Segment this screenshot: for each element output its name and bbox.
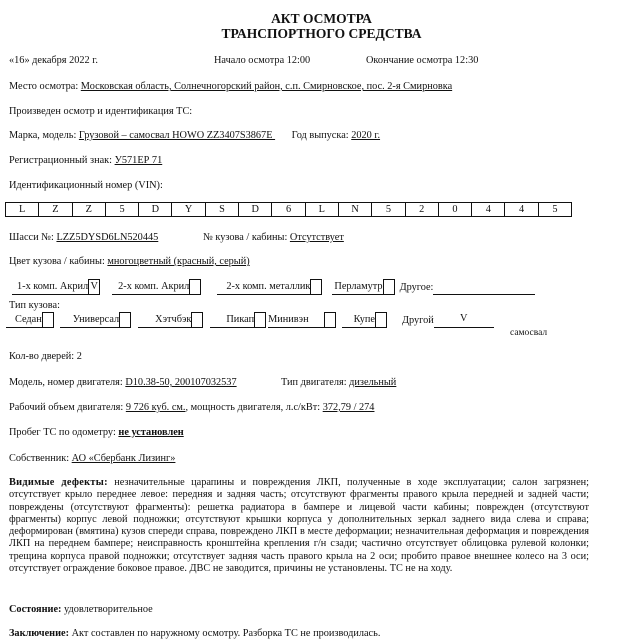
plate-value: У571ЕР 71 [115, 155, 163, 166]
paint-options-row: 1-х комп. АкрилV 2-х комп. Акрил 2-х ком… [12, 279, 535, 295]
engine-model: Модель, номер двигателя: D10.38-50, 2001… [9, 377, 237, 388]
vin-char-cell: 0 [438, 203, 471, 217]
defects-label: Видимые дефекты: [9, 477, 108, 488]
vin-char-cell: 2 [405, 203, 438, 217]
door-count: Кол-во дверей: 2 [9, 351, 82, 362]
defects-text: незначительные царапины и повреждения ЛК… [9, 477, 589, 574]
make-value: Грузовой – самосвал HOWO ZZ3407S3867E [79, 130, 275, 141]
vin-char-cell: 4 [472, 203, 505, 217]
power-value: 372,79 / 274 [323, 402, 375, 413]
body-other-field[interactable]: V [434, 312, 494, 328]
condition-label: Состояние: [9, 604, 61, 615]
paint-checkbox-2k-acrylic[interactable] [189, 279, 201, 294]
paint-option-pearl[interactable]: Перламутр [332, 279, 394, 295]
inspection-end: Окончание осмотра 12:30 [366, 55, 478, 66]
body-checkbox-pickup[interactable] [254, 312, 266, 327]
body-option-hatchback[interactable]: Хэтчбэк [138, 312, 203, 328]
visible-defects: Видимые дефекты: незначительные царапины… [9, 477, 589, 575]
engine-type-value: дизельный [349, 377, 396, 388]
vin-char-cell: D [239, 203, 272, 217]
mileage-value: не установлен [118, 427, 183, 438]
vin-char-cell: Z [39, 203, 72, 217]
engine-type: Тип двигателя: дизельный [281, 377, 396, 388]
body-number: № кузова / кабины: Отсутствует [203, 232, 344, 243]
owner-value: АО «Сбербанк Лизинг» [72, 453, 176, 464]
color-label: Цвет кузова / кабины: [9, 256, 107, 267]
vin-char-cell: L [305, 203, 338, 217]
vin-char-cell: 6 [272, 203, 305, 217]
body-type-label: Тип кузова: [9, 300, 60, 311]
document-title-line1: АКТ ОСМОТРА [0, 11, 643, 26]
mileage: Пробег ТС по одометру: не установлен [9, 427, 184, 438]
make-model: Марка, модель: Грузовой – самосвал HOWO … [9, 130, 380, 141]
year-value: 2020 г. [351, 130, 380, 141]
conclusion-label: Заключение: [9, 628, 69, 639]
body-other-value: самосвал [510, 328, 547, 338]
body-checkbox-wagon[interactable] [119, 312, 131, 327]
plate-label: Регистрационный знак: [9, 155, 115, 166]
conclusion-value: Акт составлен по наружному осмотру. Разб… [69, 628, 380, 639]
paint-option-1k-acrylic[interactable]: 1-х комп. АкрилV [12, 279, 100, 295]
body-number-label: № кузова / кабины: [203, 232, 290, 243]
body-checkbox-sedan[interactable] [42, 312, 54, 327]
body-option-minivan[interactable]: Минивэн [268, 312, 335, 328]
mileage-label: Пробег ТС по одометру: [9, 427, 118, 438]
vin-char-cell: 4 [505, 203, 538, 217]
vin-char-cell: 5 [538, 203, 571, 217]
identification-heading: Произведен осмотр и идентификация ТС: [9, 106, 192, 117]
body-number-value: Отсутствует [290, 232, 344, 243]
body-checkbox-coupe[interactable] [375, 312, 387, 327]
condition-value: удовлетворительное [61, 604, 152, 615]
body-other-label: Другой [402, 315, 434, 328]
conclusion: Заключение: Акт составлен по наружному о… [9, 628, 380, 639]
inspection-place: Место осмотра: Московская область, Солне… [9, 81, 452, 92]
body-option-coupe[interactable]: Купе [342, 312, 387, 328]
chassis-label: Шасси №: [9, 232, 56, 243]
color-value: многоцветный (красный, серый) [107, 256, 249, 267]
vin-table: LZZ5DYSD6LN520445 [5, 202, 572, 217]
inspection-start: Начало осмотра 12:00 [214, 55, 310, 66]
body-type-row: Седан Универсал Хэтчбэк Пикап Минивэн Ку… [6, 312, 494, 328]
engine-volume: Рабочий объем двигателя: 9 726 куб. см.,… [9, 402, 374, 413]
vin-char-cell: Y [172, 203, 205, 217]
inspection-date: «16» декабря 2022 г. [9, 55, 98, 66]
paint-option-2k-metallic[interactable]: 2-х комп. металлик [217, 279, 322, 295]
paint-other-field[interactable] [433, 279, 535, 295]
make-label: Марка, модель: [9, 130, 79, 141]
condition: Состояние: удовлетворительное [9, 604, 153, 615]
body-checkbox-hatchback[interactable] [191, 312, 203, 327]
vin-char-cell: 5 [105, 203, 138, 217]
place-value: Московская область, Солнечногорский райо… [81, 81, 452, 92]
power-label: , мощность двигателя, л.с/кВт: [186, 402, 323, 413]
paint-checkbox-pearl[interactable] [383, 279, 395, 294]
vin-char-cell: Z [72, 203, 105, 217]
volume-value: 9 726 куб. см. [126, 402, 186, 413]
body-color: Цвет кузова / кабины: многоцветный (крас… [9, 256, 250, 267]
vin-char-cell: L [6, 203, 39, 217]
engine-value: D10.38-50, 200107032537 [125, 377, 236, 388]
paint-other-label: Другое: [400, 282, 434, 295]
engine-type-label: Тип двигателя: [281, 377, 349, 388]
paint-option-2k-acrylic[interactable]: 2-х комп. Акрил [112, 279, 201, 295]
vin-char-cell: 5 [372, 203, 405, 217]
owner: Собственник: АО «Сбербанк Лизинг» [9, 453, 175, 464]
vin-char-cell: S [205, 203, 238, 217]
vin-char-cell: D [139, 203, 172, 217]
owner-label: Собственник: [9, 453, 72, 464]
registration-plate: Регистрационный знак: У571ЕР 71 [9, 155, 162, 166]
paint-checkbox-2k-metallic[interactable] [310, 279, 322, 294]
engine-label: Модель, номер двигателя: [9, 377, 125, 388]
chassis-number: Шасси №: LZZ5DYSD6LN520445 [9, 232, 158, 243]
vin-char-cell: N [338, 203, 371, 217]
body-option-pickup[interactable]: Пикап [210, 312, 266, 328]
chassis-value: LZZ5DYSD6LN520445 [56, 232, 158, 243]
place-label: Место осмотра: [9, 81, 81, 92]
year-label: Год выпуска: [292, 130, 352, 141]
body-option-wagon[interactable]: Универсал [60, 312, 131, 328]
body-checkbox-minivan[interactable] [324, 312, 336, 327]
paint-checkbox-1k-acrylic[interactable]: V [88, 279, 100, 294]
body-option-sedan[interactable]: Седан [6, 312, 54, 328]
document-title-line2: ТРАНСПОРТНОГО СРЕДСТВА [0, 26, 643, 41]
volume-label: Рабочий объем двигателя: [9, 402, 126, 413]
vin-label: Идентификационный номер (VIN): [9, 180, 163, 191]
